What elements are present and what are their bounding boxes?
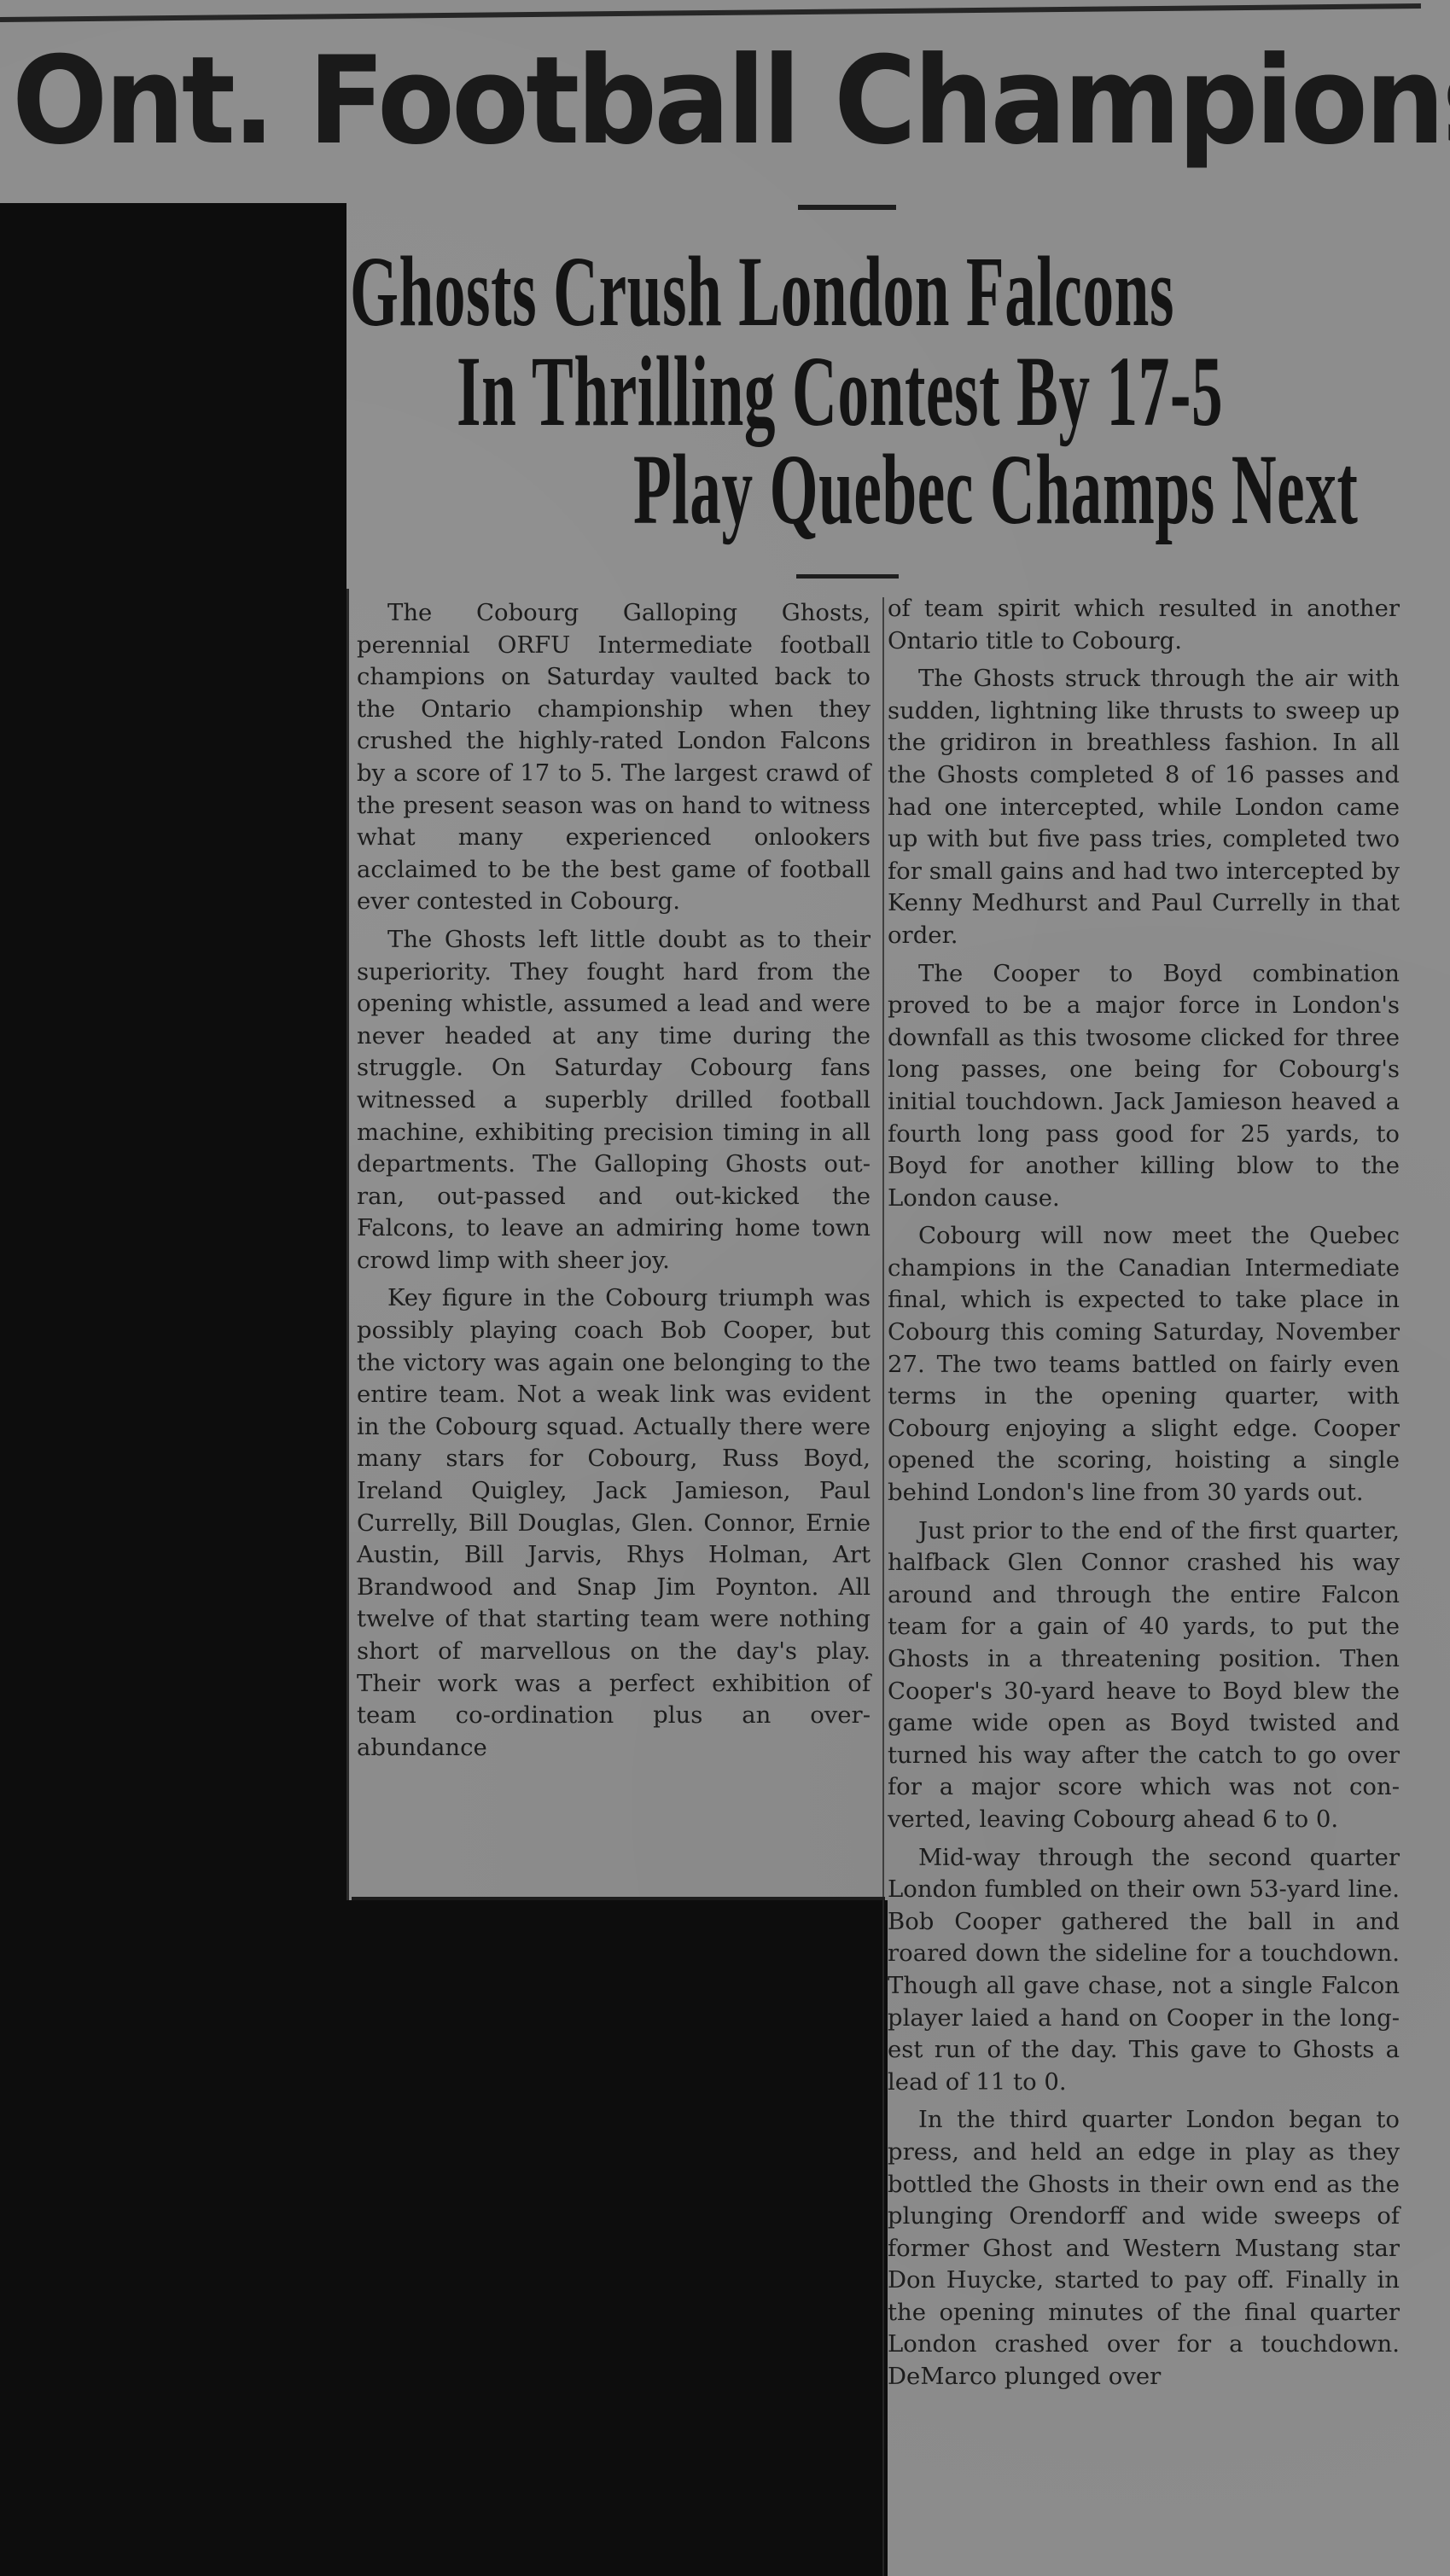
headline-line-2: In Thrilling Contest By 17-5 [457, 341, 1223, 442]
headline-line-3: Play Quebec Champs Next [633, 439, 1358, 540]
article-paragraph: The Ghosts struck through the air with s… [888, 663, 1400, 951]
article-paragraph: Mid-way through the second quar­ter Lond… [888, 1842, 1400, 2099]
article-paragraph: Just prior to the end of the first quart… [888, 1515, 1400, 1836]
left-column-bottom-rule [352, 1897, 885, 1900]
article-paragraph: The Ghosts left little doubt as to their… [357, 924, 871, 1277]
headline-line-1: Ghosts Crush London Falcons [350, 241, 1174, 342]
blank-black-region-lower [0, 1900, 888, 2576]
article-right-column: of team spirit which resulted in an­othe… [888, 593, 1400, 2399]
article-paragraph: Key figure in the Cobourg triumph was po… [357, 1282, 871, 1764]
top-rule [0, 3, 1421, 22]
section-masthead: Ont. Football Championship [12, 41, 1330, 162]
article-paragraph: The Cobourg Galloping Ghosts, perennial … [357, 597, 871, 918]
article-paragraph: In the third quarter London began to pre… [888, 2104, 1400, 2393]
column-rule [882, 597, 884, 2576]
article-paragraph: The Cooper to Boyd combination proved to… [888, 958, 1400, 1215]
article-left-column: The Cobourg Galloping Ghosts, perennial … [357, 597, 871, 1770]
masthead-divider [798, 205, 896, 210]
headline-divider [796, 574, 899, 579]
article-paragraph: Cobourg will now meet the Quebec champio… [888, 1220, 1400, 1509]
article-paragraph-continued: of team spirit which resulted in an­othe… [888, 593, 1400, 657]
